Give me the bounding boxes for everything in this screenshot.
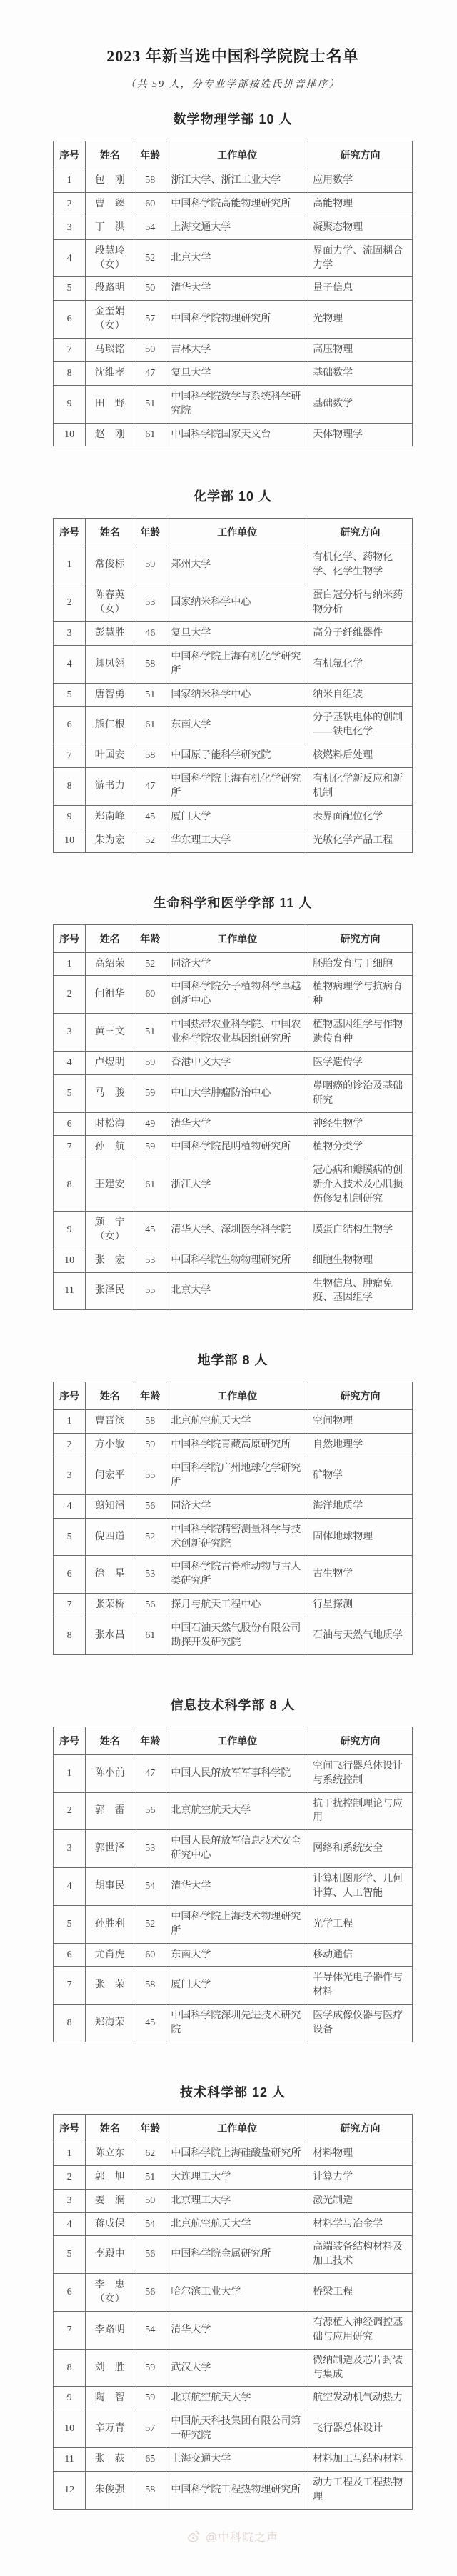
cell-age: 60: [134, 1943, 166, 1967]
academician-name: 胡事民: [95, 1881, 125, 1892]
academician-name: 郭世泽: [95, 1843, 125, 1854]
cell-serial: 7: [54, 1967, 86, 2005]
cell-research-direction: 网络和系统安全: [308, 1830, 413, 1868]
table-row: 5段路明50清华大学量子信息: [54, 277, 413, 301]
table-row: 9郑南峰45厦门大学表界面配位化学: [54, 805, 413, 829]
cell-serial: 7: [54, 744, 86, 768]
column-header: 姓名: [86, 924, 134, 952]
academician-name: 何宏平: [95, 1470, 125, 1481]
cell-name: 曹晋滨: [86, 1410, 134, 1434]
cell-work-unit: 中国科学院上海硅酸盐研究所: [166, 2142, 308, 2165]
sections-container: 数学物理学部 10 人序号姓名年龄工作单位研究方向1包 刚58浙江大学、浙江工业…: [53, 109, 413, 2510]
section-heading: 生命科学和医学学部 11 人: [53, 893, 413, 912]
cell-serial: 10: [54, 423, 86, 446]
cell-age: 50: [134, 339, 166, 362]
cell-age: 59: [134, 2387, 166, 2410]
header-row: 序号姓名年龄工作单位研究方向: [54, 924, 413, 952]
academician-name: 沈维孝: [95, 368, 125, 379]
academicians-table: 序号姓名年龄工作单位研究方向1高绍荣52同济大学胚胎发育与干细胞2何祖华60中国…: [53, 924, 413, 1311]
academician-name: 高绍荣: [95, 959, 125, 969]
cell-serial: 4: [54, 1051, 86, 1074]
cell-age: 58: [134, 1410, 166, 1434]
cell-age: 61: [134, 423, 166, 446]
cell-name: 时松海: [86, 1112, 134, 1136]
cell-age: 50: [134, 277, 166, 301]
column-header: 工作单位: [166, 141, 308, 169]
cell-research-direction: 有机氟化学: [308, 645, 413, 683]
cell-serial: 11: [54, 1272, 86, 1310]
table-row: 1曹晋滨58北京航空航天大学空间物理: [54, 1410, 413, 1434]
cell-work-unit: 中国科学院金属研究所: [166, 2236, 308, 2274]
cell-serial: 1: [54, 1754, 86, 1792]
table-row: 3何宏平55中国科学院广州地球化学研究所矿物学: [54, 1457, 413, 1495]
academician-name: 张 荻: [95, 2454, 125, 2465]
cell-age: 61: [134, 707, 166, 744]
cell-work-unit: 复旦大学: [166, 361, 308, 385]
table-row: 1常俊标59郑州大学有机化学、药物化学、化学生物学: [54, 546, 413, 584]
cell-research-direction: 古生物学: [308, 1556, 413, 1594]
cell-work-unit: 中国科学院青藏高原研究所: [166, 1434, 308, 1457]
column-header: 工作单位: [166, 2114, 308, 2142]
academician-name: 李 惠: [95, 2280, 125, 2290]
cell-work-unit: 清华大学: [166, 2311, 308, 2349]
cell-work-unit: 浙江大学、浙江工业大学: [166, 169, 308, 193]
cell-serial: 10: [54, 1249, 86, 1272]
cell-research-direction: 高能物理: [308, 192, 413, 216]
cell-name: 高绍荣: [86, 952, 134, 976]
academician-name: 郑海荣: [95, 2017, 125, 2028]
cell-name: 孙 航: [86, 1136, 134, 1159]
cell-research-direction: 航空发动机气动热力: [308, 2387, 413, 2410]
cell-research-direction: 鼻咽癌的诊治及基础研究: [308, 1074, 413, 1112]
cell-name: 辛万青: [86, 2410, 134, 2448]
academician-name: 马 骏: [95, 1088, 125, 1099]
cell-research-direction: 高分子纤维器件: [308, 621, 413, 645]
academician-name: 游书力: [95, 781, 125, 792]
cell-serial: 9: [54, 805, 86, 829]
cell-work-unit: 中国科学院数学与系统科学研究院: [166, 385, 308, 423]
table-row: 3姜 澜50北京理工大学激光制造: [54, 2189, 413, 2212]
cell-age: 55: [134, 1272, 166, 1310]
table-row: 6时松海49清华大学神经生物学: [54, 1112, 413, 1136]
table-row: 4卿凤翎58中国科学院上海有机化学研究所有机氟化学: [54, 645, 413, 683]
column-header: 研究方向: [308, 924, 413, 952]
cell-name: 倪四道: [86, 1518, 134, 1556]
table-row: 8游书力47中国科学院上海有机化学研究所有机化学新反应和新机制: [54, 768, 413, 806]
cell-research-direction: 有机化学新反应和新机制: [308, 768, 413, 806]
cell-work-unit: 大连理工大学: [166, 2165, 308, 2189]
academician-name: 赵 刚: [95, 429, 125, 440]
cell-name: 陈立东: [86, 2142, 134, 2165]
cell-age: 45: [134, 805, 166, 829]
cell-research-direction: 有源植入神经调控基础与应用研究: [308, 2311, 413, 2349]
cell-work-unit: 中国科学院古脊椎动物与古人类研究所: [166, 1556, 308, 1594]
cell-age: 52: [134, 1518, 166, 1556]
cell-age: 59: [134, 1051, 166, 1074]
academician-name: 包 刚: [95, 175, 125, 186]
cell-serial: 7: [54, 2311, 86, 2349]
table-row: 4胡事民54清华大学计算机图形学、几何计算、人工智能: [54, 1868, 413, 1906]
cell-research-direction: 膜蛋白结构生物学: [308, 1211, 413, 1249]
academician-name: 唐智勇: [95, 689, 125, 700]
section-1: 化学部 10 人序号姓名年龄工作单位研究方向1常俊标59郑州大学有机化学、药物化…: [53, 486, 413, 852]
column-header: 年龄: [134, 924, 166, 952]
section-3: 地学部 8 人序号姓名年龄工作单位研究方向1曹晋滨58北京航空航天大学空间物理2…: [53, 1350, 413, 1655]
academician-name: 姜 澜: [95, 2195, 125, 2206]
cell-serial: 6: [54, 301, 86, 339]
academician-name: 马琰铭: [95, 344, 125, 355]
cell-research-direction: 半导体光电子器件与材料: [308, 1967, 413, 2005]
header-row: 序号姓名年龄工作单位研究方向: [54, 141, 413, 169]
cell-research-direction: 凝聚态物理: [308, 216, 413, 239]
cell-age: 56: [134, 2236, 166, 2274]
table-row: 7马琰铭50吉林大学高压物理: [54, 339, 413, 362]
cell-research-direction: 有机化学、药物化学、化学生物学: [308, 546, 413, 584]
cell-name: 唐智勇: [86, 683, 134, 707]
column-header: 序号: [54, 1382, 86, 1410]
column-header: 姓名: [86, 2114, 134, 2142]
cell-serial: 4: [54, 1868, 86, 1906]
table-row: 7叶国安58中国原子能科学研究院核燃料后处理: [54, 744, 413, 768]
cell-name: 包 刚: [86, 169, 134, 193]
cell-serial: 1: [54, 1410, 86, 1434]
table-row: 10辛万青57中国航天科技集团有限公司第一研究院飞行器总体设计: [54, 2410, 413, 2448]
cell-work-unit: 中国科学院国家天文台: [166, 423, 308, 446]
cell-name: 陶 智: [86, 2387, 134, 2410]
cell-work-unit: 东南大学: [166, 707, 308, 744]
cell-name: 何祖华: [86, 976, 134, 1014]
academician-name: 陈立东: [95, 2148, 125, 2159]
academician-name: 张 荣: [95, 1980, 125, 1990]
cell-research-direction: 抗干扰控制理论与应用: [308, 1792, 413, 1830]
table-row: 5孙胜利52中国科学院上海技术物理研究所光学工程: [54, 1905, 413, 1943]
table-row: 6李 惠（女）56哈尔滨工业大学桥梁工程: [54, 2274, 413, 2312]
cell-age: 52: [134, 952, 166, 976]
cell-work-unit: 同济大学: [166, 1494, 308, 1518]
cell-serial: 3: [54, 621, 86, 645]
cell-serial: 8: [54, 1159, 86, 1212]
section-heading: 地学部 8 人: [53, 1350, 413, 1369]
cell-name: 常俊标: [86, 546, 134, 584]
column-header: 研究方向: [308, 141, 413, 169]
cell-serial: 2: [54, 1792, 86, 1830]
document-page: 2023 年新当选中国科学院院士名单 （共 59 人，分专业学部按姓氏拼音排序）…: [0, 0, 457, 2576]
cell-name: 沈维孝: [86, 361, 134, 385]
cell-name: 金奎娟（女）: [86, 301, 134, 339]
academicians-table: 序号姓名年龄工作单位研究方向1陈小前47中国人民解放军军事科学院空间飞行器总体设…: [53, 1727, 413, 2042]
cell-serial: 9: [54, 385, 86, 423]
weibo-icon: [187, 2530, 201, 2542]
cell-age: 60: [134, 192, 166, 216]
cell-name: 张 荻: [86, 2448, 134, 2472]
cell-age: 59: [134, 1074, 166, 1112]
academician-name: 陈春英: [95, 590, 125, 601]
cell-serial: 6: [54, 1943, 86, 1967]
cell-age: 56: [134, 1594, 166, 1617]
table-row: 1陈小前47中国人民解放军军事科学院空间飞行器总体设计与系统控制: [54, 1754, 413, 1792]
column-header: 研究方向: [308, 519, 413, 546]
cell-age: 58: [134, 645, 166, 683]
cell-serial: 6: [54, 1556, 86, 1594]
cell-age: 59: [134, 2349, 166, 2387]
cell-work-unit: 国家纳米科学中心: [166, 584, 308, 622]
cell-serial: 8: [54, 2005, 86, 2042]
cell-work-unit: 中山大学肿瘤防治中心: [166, 1074, 308, 1112]
table-row: 2曹 臻60中国科学院高能物理研究所高能物理: [54, 192, 413, 216]
cell-age: 53: [134, 1830, 166, 1868]
header-row: 序号姓名年龄工作单位研究方向: [54, 1382, 413, 1410]
cell-serial: 4: [54, 2212, 86, 2236]
table-row: 2陈春英（女）53国家纳米科学中心蛋白冠分析与纳米药物分析: [54, 584, 413, 622]
cell-work-unit: 哈尔滨工业大学: [166, 2274, 308, 2312]
cell-name: 叶国安: [86, 744, 134, 768]
table-row: 1包 刚58浙江大学、浙江工业大学应用数学: [54, 169, 413, 193]
cell-age: 52: [134, 829, 166, 852]
cell-name: 郑南峰: [86, 805, 134, 829]
cell-research-direction: 植物分类学: [308, 1136, 413, 1159]
table-row: 1高绍荣52同济大学胚胎发育与干细胞: [54, 952, 413, 976]
section-5: 技术科学部 12 人序号姓名年龄工作单位研究方向1陈立东62中国科学院上海硅酸盐…: [53, 2082, 413, 2510]
cell-name: 刘 胜: [86, 2349, 134, 2387]
table-row: 3黄三文51中国热带农业科学院、中国农业科学院农业基因组研究所植物基因组学与作物…: [54, 1014, 413, 1052]
cell-name: 颜 宁（女）: [86, 1211, 134, 1249]
cell-age: 49: [134, 1112, 166, 1136]
cell-name: 卢煜明: [86, 1051, 134, 1074]
cell-research-direction: 飞行器总体设计: [308, 2410, 413, 2448]
cell-research-direction: 微纳制造及芯片封装与集成: [308, 2349, 413, 2387]
cell-research-direction: 计算力学: [308, 2165, 413, 2189]
academician-name: 张荣桥: [95, 1599, 125, 1610]
cell-research-direction: 光物理: [308, 301, 413, 339]
cell-work-unit: 浙江大学: [166, 1159, 308, 1212]
table-row: 3丁 洪54上海交通大学凝聚态物理: [54, 216, 413, 239]
cell-name: 孙胜利: [86, 1905, 134, 1943]
cell-work-unit: 中国科学院工程热物理研究所: [166, 2471, 308, 2509]
cell-work-unit: 北京大学: [166, 1272, 308, 1310]
cell-research-direction: 材料加工与结构材料: [308, 2448, 413, 2472]
cell-age: 56: [134, 1494, 166, 1518]
cell-age: 57: [134, 2410, 166, 2448]
cell-research-direction: 光敏化学产品工程: [308, 829, 413, 852]
cell-age: 56: [134, 1792, 166, 1830]
cell-research-direction: 表界面配位化学: [308, 805, 413, 829]
academician-name: 尤肖虎: [95, 1950, 125, 1960]
header-row: 序号姓名年龄工作单位研究方向: [54, 1727, 413, 1754]
academician-name: 颜 宁: [95, 1217, 125, 1228]
academician-name: 郭 旭: [95, 2172, 125, 2182]
academicians-table: 序号姓名年龄工作单位研究方向1曹晋滨58北京航空航天大学空间物理2方小敏59中国…: [53, 1382, 413, 1655]
column-header: 年龄: [134, 141, 166, 169]
cell-work-unit: 中国航天科技集团有限公司第一研究院: [166, 2410, 308, 2448]
table-row: 4蒋成保54北京航空航天大学材料学与冶金学: [54, 2212, 413, 2236]
section-heading: 信息技术科学部 8 人: [53, 1695, 413, 1714]
academician-name: 段慧玲: [95, 246, 125, 256]
table-row: 12朱俊强58中国科学院工程热物理研究所动力工程及工程热物理: [54, 2471, 413, 2509]
academician-name: 郭 雷: [95, 1805, 125, 1816]
cell-work-unit: 中国科学院精密测量科学与技术创新研究院: [166, 1518, 308, 1556]
cell-age: 53: [134, 1556, 166, 1594]
cell-age: 51: [134, 683, 166, 707]
academician-name: 熊仁根: [95, 719, 125, 730]
cell-name: 胡事民: [86, 1868, 134, 1906]
academician-name: 丁 洪: [95, 222, 125, 233]
table-row: 9颜 宁（女）45清华大学、深圳医学科学院膜蛋白结构生物学: [54, 1211, 413, 1249]
cell-serial: 3: [54, 1830, 86, 1868]
academician-name: 时松海: [95, 1119, 125, 1129]
cell-research-direction: 基础数学: [308, 385, 413, 423]
cell-research-direction: 生物信息、肿瘤免疫、基因组学: [308, 1272, 413, 1310]
cell-work-unit: 华东理工大学: [166, 829, 308, 852]
cell-age: 45: [134, 1211, 166, 1249]
cell-serial: 7: [54, 339, 86, 362]
academician-name: 翦知湣: [95, 1501, 125, 1512]
table-row: 6尤肖虎60东南大学移动通信: [54, 1943, 413, 1967]
cell-work-unit: 上海交通大学: [166, 2448, 308, 2472]
cell-serial: 8: [54, 768, 86, 806]
column-header: 研究方向: [308, 1382, 413, 1410]
academician-name: 刘 胜: [95, 2362, 125, 2373]
column-header: 年龄: [134, 1727, 166, 1754]
academician-name: 黄三文: [95, 1027, 125, 1037]
academicians-table: 序号姓名年龄工作单位研究方向1常俊标59郑州大学有机化学、药物化学、化学生物学2…: [53, 518, 413, 852]
cell-work-unit: 中国科学院生物物理研究所: [166, 1249, 308, 1272]
cell-serial: 2: [54, 2165, 86, 2189]
cell-serial: 3: [54, 216, 86, 239]
column-header: 年龄: [134, 1382, 166, 1410]
cell-work-unit: 北京航空航天大学: [166, 2212, 308, 2236]
cell-research-direction: 分子基铁电体的创制——铁电化学: [308, 707, 413, 744]
cell-research-direction: 移动通信: [308, 1943, 413, 1967]
cell-name: 朱为宏: [86, 829, 134, 852]
cell-research-direction: 医学成像仪器与医疗设备: [308, 2005, 413, 2042]
cell-age: 51: [134, 2165, 166, 2189]
cell-serial: 8: [54, 1617, 86, 1655]
cell-research-direction: 石油与天然气地质学: [308, 1617, 413, 1655]
cell-name: 张 荣: [86, 1967, 134, 2005]
cell-work-unit: 武汉大学: [166, 2349, 308, 2387]
cell-work-unit: 复旦大学: [166, 621, 308, 645]
academician-name: 卿凤翎: [95, 659, 125, 669]
cell-age: 54: [134, 2311, 166, 2349]
cell-age: 58: [134, 1967, 166, 2005]
cell-serial: 8: [54, 361, 86, 385]
cell-work-unit: 国家纳米科学中心: [166, 683, 308, 707]
cell-work-unit: 香港中文大学: [166, 1051, 308, 1074]
cell-research-direction: 植物基因组学与作物遗传育种: [308, 1014, 413, 1052]
cell-age: 58: [134, 169, 166, 193]
cell-research-direction: 高压物理: [308, 339, 413, 362]
cell-name: 熊仁根: [86, 707, 134, 744]
academician-name: 段路明: [95, 283, 125, 294]
table-row: 2郭 雷56北京航空航天大学抗干扰控制理论与应用: [54, 1792, 413, 1830]
column-header: 序号: [54, 2114, 86, 2142]
cell-serial: 9: [54, 2387, 86, 2410]
cell-research-direction: 神经生物学: [308, 1112, 413, 1136]
cell-age: 55: [134, 1457, 166, 1495]
cell-work-unit: 中国科学院上海有机化学研究所: [166, 645, 308, 683]
cell-age: 59: [134, 1136, 166, 1159]
table-row: 8刘 胜59武汉大学微纳制造及芯片封装与集成: [54, 2349, 413, 2387]
cell-work-unit: 吉林大学: [166, 339, 308, 362]
cell-work-unit: 北京航空航天大学: [166, 2387, 308, 2410]
table-row: 9陶 智59北京航空航天大学航空发动机气动热力: [54, 2387, 413, 2410]
cell-name: 田 野: [86, 385, 134, 423]
cell-research-direction: 激光制造: [308, 2189, 413, 2212]
cell-age: 59: [134, 546, 166, 584]
table-row: 8沈维孝47复旦大学基础数学: [54, 361, 413, 385]
watermark-text: @中科院之声: [206, 2528, 278, 2545]
academician-name: 张水昌: [95, 1630, 125, 1641]
column-header: 序号: [54, 141, 86, 169]
academician-name: 曹晋滨: [95, 1416, 125, 1427]
cell-name: 李殿中: [86, 2236, 134, 2274]
cell-name: 马琰铭: [86, 339, 134, 362]
cell-research-direction: 细胞生物物理: [308, 1249, 413, 1272]
table-row: 7张 荣58厦门大学半导体光电子器件与材料: [54, 1967, 413, 2005]
cell-research-direction: 量子信息: [308, 277, 413, 301]
table-row: 1陈立东62中国科学院上海硅酸盐研究所材料物理: [54, 2142, 413, 2165]
cell-work-unit: 中国科学院深圳先进技术研究院: [166, 2005, 308, 2042]
cell-serial: 2: [54, 192, 86, 216]
academician-name: 李殿中: [95, 2249, 125, 2260]
cell-work-unit: 中国科学院分子植物科学卓越创新中心: [166, 976, 308, 1014]
table-row: 8王建安61浙江大学冠心病和瓣膜病的创新介入技术及心肌损伤修复机制研究: [54, 1159, 413, 1212]
cell-age: 57: [134, 301, 166, 339]
cell-name: 张泽民: [86, 1272, 134, 1310]
cell-serial: 3: [54, 2189, 86, 2212]
academician-name: 孙 航: [95, 1142, 125, 1152]
cell-work-unit: 郑州大学: [166, 546, 308, 584]
cell-name: 段路明: [86, 277, 134, 301]
cell-serial: 4: [54, 645, 86, 683]
cell-serial: 3: [54, 1457, 86, 1495]
table-row: 5唐智勇51国家纳米科学中心纳米自组装: [54, 683, 413, 707]
cell-serial: 10: [54, 2410, 86, 2448]
page-subtitle: （共 59 人，分专业学部按姓氏拼音排序）: [53, 76, 413, 91]
academicians-table: 序号姓名年龄工作单位研究方向1陈立东62中国科学院上海硅酸盐研究所材料物理2郭 …: [53, 2114, 413, 2510]
cell-serial: 6: [54, 2274, 86, 2312]
column-header: 序号: [54, 1727, 86, 1754]
cell-name: 朱俊强: [86, 2471, 134, 2509]
academicians-table: 序号姓名年龄工作单位研究方向1包 刚58浙江大学、浙江工业大学应用数学2曹 臻6…: [53, 141, 413, 446]
cell-name: 赵 刚: [86, 423, 134, 446]
cell-work-unit: 中国石油天然气股份有限公司勘探开发研究院: [166, 1617, 308, 1655]
academician-name: 叶国安: [95, 750, 125, 761]
cell-name: 郭 旭: [86, 2165, 134, 2189]
cell-research-direction: 冠心病和瓣膜病的创新介入技术及心肌损伤修复机制研究: [308, 1159, 413, 1212]
academician-name: 陈小前: [95, 1768, 125, 1779]
cell-serial: 4: [54, 1494, 86, 1518]
cell-age: 58: [134, 2471, 166, 2509]
academician-name: 倪四道: [95, 1532, 125, 1542]
cell-age: 51: [134, 385, 166, 423]
cell-name: 马 骏: [86, 1074, 134, 1112]
cell-research-direction: 基础数学: [308, 361, 413, 385]
cell-serial: 5: [54, 2236, 86, 2274]
header-row: 序号姓名年龄工作单位研究方向: [54, 519, 413, 546]
cell-name: 曹 臻: [86, 192, 134, 216]
cell-research-direction: 植物病理学与抗病育种: [308, 976, 413, 1014]
cell-age: 62: [134, 2142, 166, 2165]
cell-research-direction: 海洋地质学: [308, 1494, 413, 1518]
academician-name: 曹 臻: [95, 199, 125, 209]
column-header: 工作单位: [166, 1382, 308, 1410]
section-2: 生命科学和医学学部 11 人序号姓名年龄工作单位研究方向1高绍荣52同济大学胚胎…: [53, 893, 413, 1311]
table-row: 6熊仁根61东南大学分子基铁电体的创制——铁电化学: [54, 707, 413, 744]
cell-serial: 12: [54, 2471, 86, 2509]
table-row: 7孙 航59中国科学院昆明植物研究所植物分类学: [54, 1136, 413, 1159]
cell-name: 卿凤翎: [86, 645, 134, 683]
